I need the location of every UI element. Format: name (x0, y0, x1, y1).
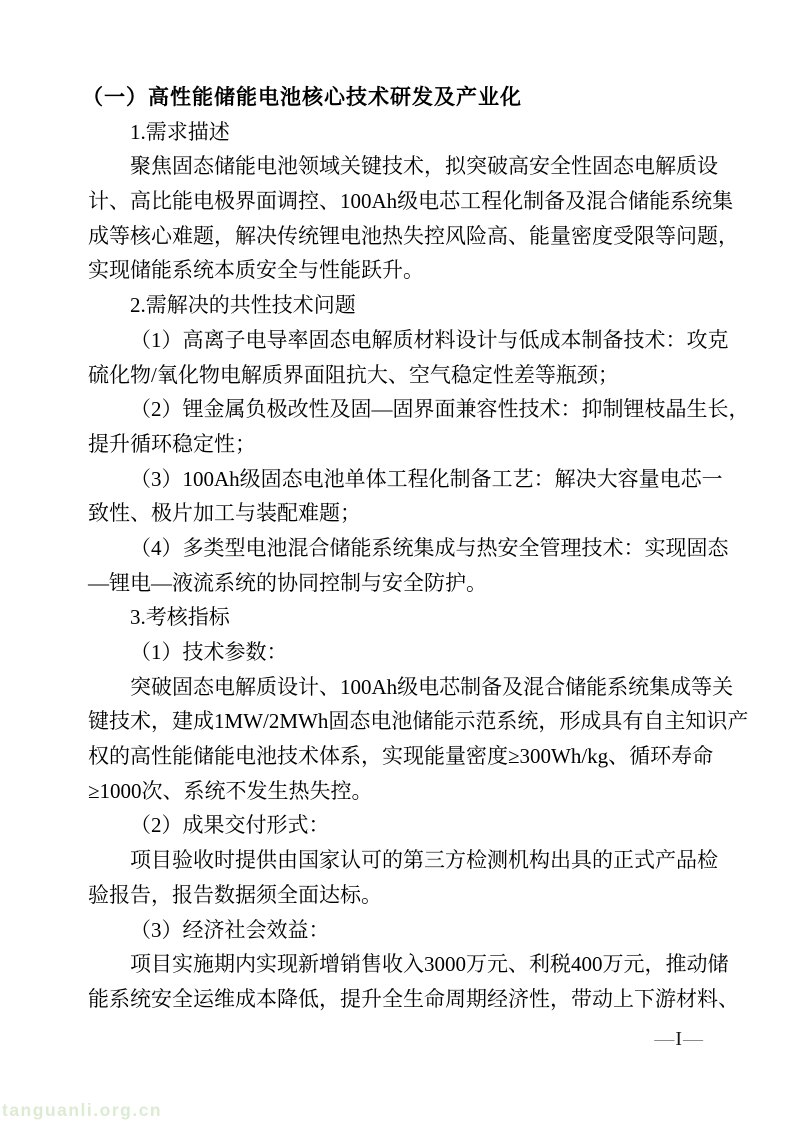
body-line: 验报告，报告数据须全面达标。 (88, 878, 720, 913)
document-page: （一）高性能储能电池核心技术研发及产业化 1.需求描述 聚焦固态储能电池领域关键… (0, 0, 793, 1122)
body-line: 聚焦固态储能电池领域关键技术，拟突破高安全性固态电解质设 (88, 149, 720, 184)
section-title: （一）高性能储能电池核心技术研发及产业化 (82, 80, 720, 115)
list-item-line: （3）经济社会效益： (88, 913, 720, 948)
body-line: —锂电—液流系统的协同控制与安全防护。 (88, 566, 720, 601)
numbered-heading: 3.考核指标 (88, 600, 720, 635)
list-item-line: （2）锂金属负极改性及固—固界面兼容性技术：抑制锂枝晶生长， (88, 392, 720, 427)
page-number-value: I (674, 1028, 683, 1050)
body-line: 项目验收时提供由国家认可的第三方检测机构出具的正式产品检 (88, 843, 720, 878)
page-number: —I— (654, 1028, 703, 1050)
body-line: 项目实施期内实现新增销售收入3000万元、利税400万元，推动储 (88, 947, 720, 982)
document-body: （一）高性能储能电池核心技术研发及产业化 1.需求描述 聚焦固态储能电池领域关键… (88, 80, 720, 1017)
body-line: 突破固态电解质设计、100Ah级电芯制备及混合储能系统集成等关 (88, 670, 720, 705)
list-item-line: （3）100Ah级固态电池单体工程化制备工艺：解决大容量电芯一 (88, 462, 720, 497)
body-line: 实现储能系统本质安全与性能跃升。 (88, 253, 720, 288)
list-item-line: （1）高离子电导率固态电解质材料设计与低成本制备技术：攻克 (88, 323, 720, 358)
list-item-line: （4）多类型电池混合储能系统集成与热安全管理技术：实现固态 (88, 531, 720, 566)
body-line: 权的高性能储能电池技术体系，实现能量密度≥300Wh/kg、循环寿命 (88, 739, 720, 774)
list-item-line: （2）成果交付形式： (88, 808, 720, 843)
body-line: ≥1000次、系统不发生热失控。 (88, 774, 720, 809)
body-line: 硫化物/氧化物电解质界面阻抗大、空气稳定性差等瓶颈； (88, 358, 720, 393)
body-line: 计、高比能电极界面调控、100Ah级电芯工程化制备及混合储能系统集 (88, 184, 720, 219)
list-item-line: （1）技术参数： (88, 635, 720, 670)
numbered-heading: 1.需求描述 (88, 115, 720, 150)
body-line: 成等核心难题，解决传统锂电池热失控风险高、能量密度受限等问题， (88, 219, 720, 254)
body-line: 键技术，建成1MW/2MWh固态电池储能示范系统，形成具有自主知识产 (88, 704, 720, 739)
numbered-heading: 2.需解决的共性技术问题 (88, 288, 720, 323)
page-number-dash: — (654, 1028, 674, 1050)
body-line: 能系统安全运维成本降低，提升全生命周期经济性，带动上下游材料、 (88, 982, 720, 1017)
body-line: 提升循环稳定性； (88, 427, 720, 462)
page-number-dash: — (683, 1028, 703, 1050)
body-line: 致性、极片加工与装配难题； (88, 496, 720, 531)
watermark-text: tanguanli.org.cn (2, 1100, 162, 1121)
